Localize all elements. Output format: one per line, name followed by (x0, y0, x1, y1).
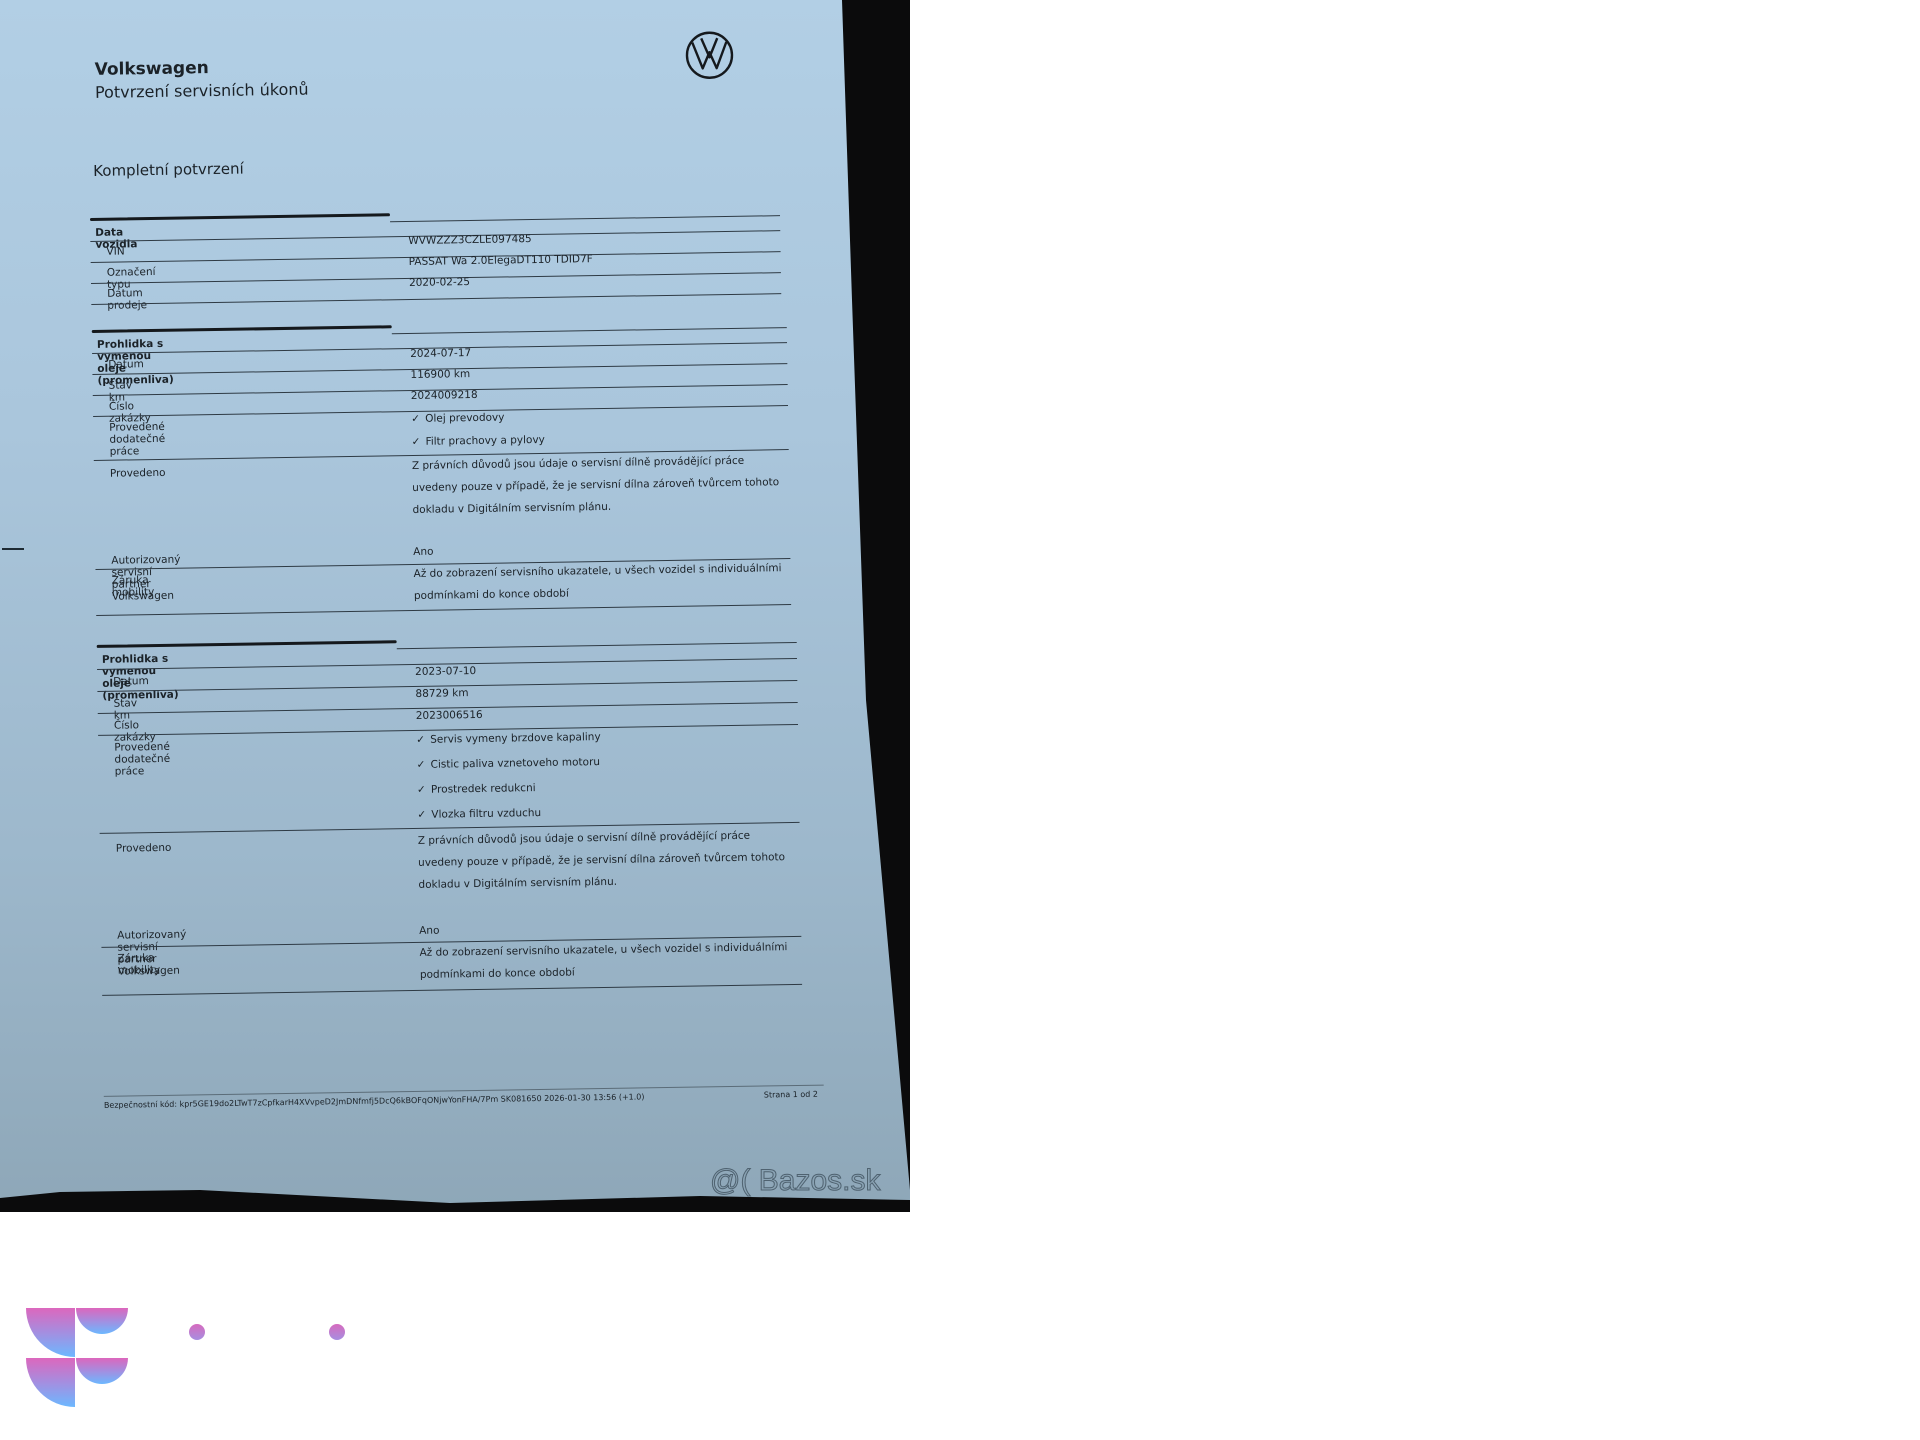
sale-date-label: Datum prodeje (107, 287, 147, 312)
service-confirmation-document: Volkswagen Potvrzení servisních úkonů Ko… (0, 0, 910, 1212)
divider (91, 293, 781, 305)
performed-text: Z právních důvodů jsou údaje o servisní … (418, 824, 789, 896)
document-subtitle: Potvrzení servisních úkonů (95, 80, 309, 102)
extra-work-text: Cistic paliva vznetoveho motoru (431, 756, 601, 771)
mileage-value: 116900 km (410, 368, 470, 381)
mileage-label: Stav km (114, 697, 138, 721)
extra-work-item: ✓Cistic paliva vznetoveho motoru (417, 756, 601, 771)
extra-work-item: ✓Prostredek redukcni (417, 782, 536, 796)
document-photo: Volkswagen Potvrzení servisních úkonů Ko… (0, 0, 910, 1212)
extra-work-item: ✓Servis vymeny brzdove kapaliny (416, 731, 601, 746)
vin-label: VIN (106, 245, 124, 257)
extra-work-item: ✓Olej prevodovy (411, 412, 504, 425)
dot-icon (329, 1324, 345, 1340)
date-value: 2023-07-10 (415, 665, 476, 678)
partner-value: Ano (419, 925, 439, 937)
page-heading: Kompletní potvrzení (93, 160, 244, 180)
mobility-label: Záruka mobility (112, 574, 155, 599)
order-value: 2024009218 (411, 389, 478, 402)
page-indicator: Strana 1 od 2 (764, 1090, 818, 1100)
check-icon: ✓ (411, 436, 425, 448)
sale-date-value: 2020-02-25 (409, 276, 470, 289)
extra-work-item: ✓Vlozka filtru vzduchu (417, 807, 541, 821)
performed-text: Z právních důvodů jsou údaje o servisní … (412, 449, 783, 521)
check-icon: ✓ (417, 759, 431, 771)
partner-value: Ano (413, 546, 433, 558)
divider (102, 984, 802, 996)
extra-work-label: Provedené dodatečné práce (109, 421, 165, 458)
vw-logo-icon (684, 30, 735, 81)
mobility-value: Až do zobrazení servisního ukazatele, u … (413, 557, 784, 607)
order-label: Číslo zakázky (114, 719, 156, 744)
gradient-f-logo-icon (26, 1308, 130, 1408)
check-icon: ✓ (411, 413, 425, 425)
performed-label: Provedeno (110, 467, 166, 480)
extra-work-item: ✓Filtr prachovy a pylovy (411, 434, 545, 448)
divider (392, 327, 787, 334)
check-icon: ✓ (416, 734, 430, 746)
section-rule (92, 325, 392, 333)
watermark: @( Bazos.sk (710, 1164, 881, 1198)
extra-work-label: Provedené dodatečné práce (114, 741, 170, 778)
divider (390, 215, 780, 222)
divider (397, 642, 797, 649)
brand-title: Volkswagen (94, 58, 208, 80)
date-label: Datum (113, 675, 149, 688)
section-rule (90, 213, 390, 221)
mobility-value: Až do zobrazení servisního ukazatele, u … (419, 936, 790, 986)
check-icon: ✓ (417, 809, 431, 821)
mobility-label: Záruka mobility (118, 952, 161, 977)
check-icon: ✓ (417, 784, 431, 796)
date-label: Datum (108, 358, 144, 371)
extra-work-text: Filtr prachovy a pylovy (425, 434, 545, 448)
section-rule (97, 640, 397, 648)
dot-icon (189, 1324, 205, 1340)
performed-label: Provedeno (116, 842, 172, 855)
mileage-value: 88729 km (415, 687, 468, 700)
date-value: 2024-07-17 (410, 347, 471, 360)
extra-work-text: Prostredek redukcni (431, 782, 536, 796)
extra-work-text: Olej prevodovy (425, 412, 504, 425)
extra-work-text: Vlozka filtru vzduchu (431, 807, 541, 821)
order-value: 2023006516 (416, 709, 483, 722)
vin-value: WVWZZZ3CZLE097485 (408, 233, 531, 247)
extra-work-text: Servis vymeny brzdove kapaliny (430, 731, 601, 746)
type-value: PASSAT Wa 2.0ElegaDT110 TDID7F (409, 253, 593, 268)
